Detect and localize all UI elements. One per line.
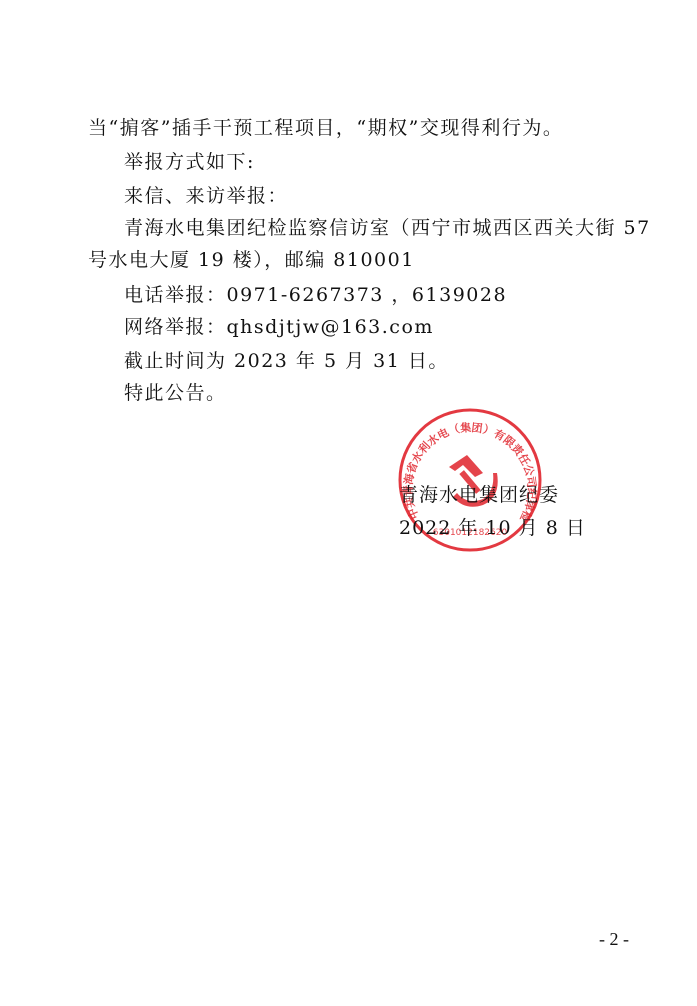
paragraph-line: 来信、来访举报： — [124, 184, 288, 208]
phone-report-line: 电话举报：0971-6267373 ，6139028 — [124, 283, 507, 307]
signature-org: 青海水电集团纪委 — [399, 483, 559, 507]
deadline-line: 截止时间为 2023 年 5 月 31 日。 — [124, 349, 449, 373]
page-number: - 2 - — [599, 929, 629, 950]
paragraph-line: 当“掮客”插手干预工程项目，“期权”交现得利行为。 — [88, 116, 563, 140]
email-report-line: 网络举报：qhsdjtjw@163.com — [124, 315, 434, 339]
paragraph-line: 青海水电集团纪检监察信访室（西宁市城西区西关大街 57 — [124, 216, 651, 240]
paragraph-line: 号水电大厦 19 楼），邮编 810001 — [88, 248, 415, 272]
paragraph-line: 举报方式如下: — [124, 150, 255, 174]
signature-date: 2022 年 10 月 8 日 — [399, 516, 586, 540]
paragraph-line: 特此公告。 — [124, 381, 227, 405]
